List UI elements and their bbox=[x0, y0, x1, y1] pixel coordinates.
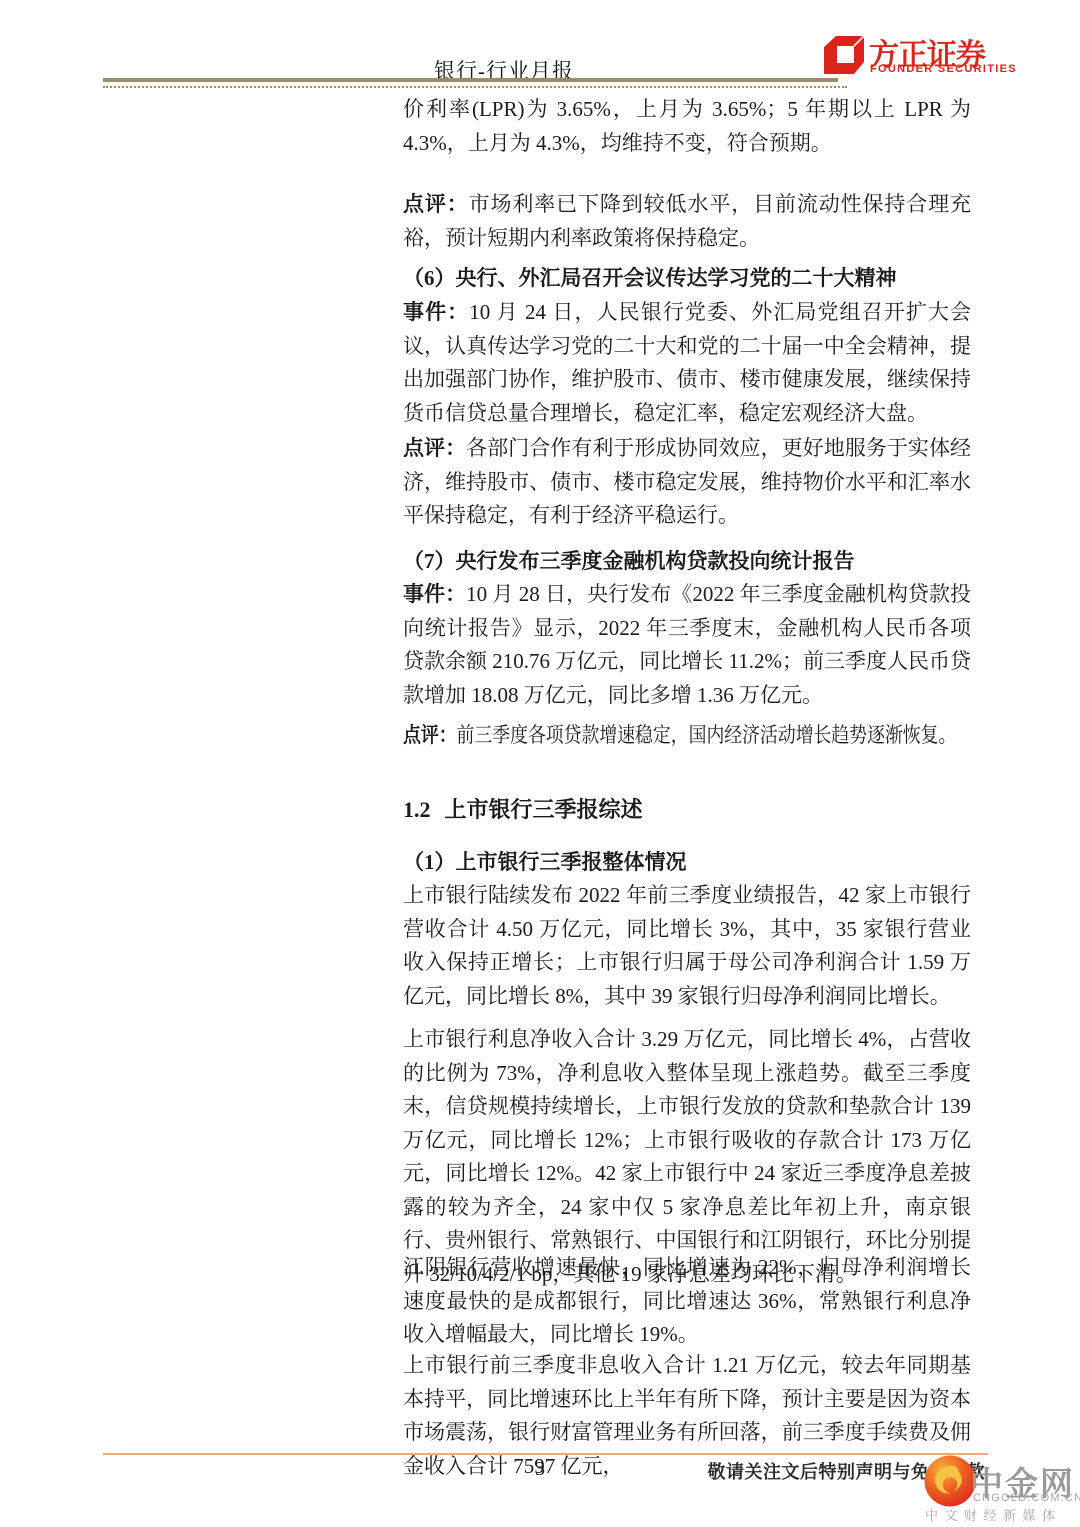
para-results-overview: 上市银行陆续发布 2022 年前三季度业绩报告，42 家上市银行营收合计 4.5… bbox=[403, 879, 971, 1013]
comment-item-6: 点评：各部门合作有利于形成协同效应，更好地服务于实体经济，维持股市、债市、楼市稳… bbox=[403, 432, 971, 533]
comment-label: 点评： bbox=[403, 436, 466, 460]
heading-item-7: （7）央行发布三季度金融机构贷款投向统计报告 bbox=[403, 545, 971, 579]
heading-item-1: （1）上市银行三季报整体情况 bbox=[403, 846, 971, 880]
brand-name-en: FOUNDER SECURITIES bbox=[870, 63, 1017, 75]
cngold-watermark: 中金网 CNGOLD.COM.CN 中文财经新媒体 bbox=[920, 1450, 1080, 1527]
comment-lpr: 点评：市场利率已下降到较低水平，目前流动性保持合理充裕，预计短期内利率政策将保持… bbox=[403, 188, 971, 255]
founder-cube-icon bbox=[823, 35, 865, 77]
heading-item-6: （6）央行、外汇局召开会议传达学习党的二十大精神 bbox=[403, 262, 971, 296]
report-page: 银行-行业月报 方正证券 FOUNDER SECURITIES 价利率(LPR)… bbox=[0, 0, 1080, 1527]
comment-label: 点评： bbox=[403, 192, 469, 216]
footer-rule bbox=[103, 1453, 988, 1455]
page-number: 3 bbox=[500, 1458, 580, 1481]
header-dotted-rule bbox=[103, 86, 847, 88]
section-title: 上市银行三季报综述 bbox=[445, 797, 643, 822]
comment-item-7: 点评：前三季度各项贷款增速稳定，国内经济活动增长趋势逐渐恢复。 bbox=[403, 719, 998, 753]
watermark-tagline: 中文财经新媒体 bbox=[925, 1505, 1062, 1524]
para-lpr: 价利率(LPR)为 3.65%，上月为 3.65%；5 年期以上 LPR 为 4… bbox=[403, 93, 971, 160]
event-label: 事件： bbox=[403, 300, 469, 324]
section-1-2: 1.2上市银行三季报综述 bbox=[403, 793, 971, 827]
brand-logo: 方正证券 FOUNDER SECURITIES bbox=[823, 30, 1003, 80]
cngold-logo-icon bbox=[924, 1455, 976, 1507]
watermark-domain: CNGOLD.COM.CN bbox=[973, 1492, 1080, 1504]
header-rule bbox=[103, 78, 838, 82]
comment-label: 点评： bbox=[403, 723, 457, 747]
para-growth-leaders: 江阴银行营收增速最快，同比增速为 22%，归母净利润增长速度最快的是成都银行，同… bbox=[403, 1251, 971, 1352]
section-number: 1.2 bbox=[403, 797, 431, 822]
event-item-6: 事件：10 月 24 日，人民银行党委、外汇局党组召开扩大会议，认真传达学习党的… bbox=[403, 296, 971, 430]
event-label: 事件： bbox=[403, 582, 466, 606]
event-item-7: 事件：10 月 28 日，央行发布《2022 年三季度金融机构贷款投向统计报告》… bbox=[403, 578, 971, 712]
